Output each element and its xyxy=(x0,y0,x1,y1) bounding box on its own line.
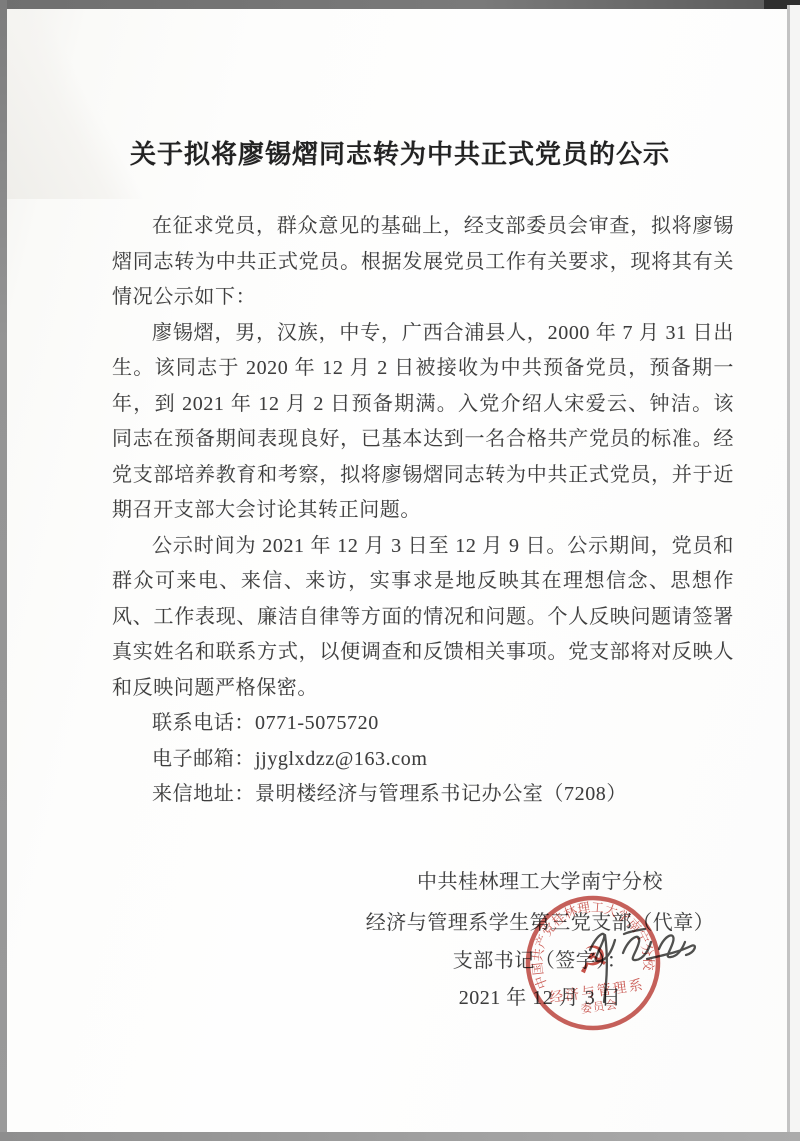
contact-email-line: 电子邮箱：jjyglxdzz@163.com xyxy=(112,742,734,778)
contact-address-line: 来信地址：景明楼经济与管理系书记办公室（7208） xyxy=(112,777,734,813)
scan-edge-bottom xyxy=(0,1132,800,1141)
contact-phone-label: 联系电话： xyxy=(152,712,255,734)
contact-address-label: 来信地址： xyxy=(152,783,255,805)
handwritten-signature xyxy=(578,918,708,1010)
scanned-document-page: 关于拟将廖锡熠同志转为中共正式党员的公示 在征求党员，群众意见的基础上，经支部委… xyxy=(0,0,800,1141)
contact-address-value: 景明楼经济与管理系书记办公室（7208） xyxy=(255,783,627,805)
paragraph-member-info: 廖锡熠，男，汉族，中专，广西合浦县人，2000 年 7 月 31 日出生。该同志… xyxy=(112,316,734,529)
handwritten-signature-strokes xyxy=(578,918,708,1010)
scan-edge-top xyxy=(0,0,800,9)
document-body: 在征求党员，群众意见的基础上，经支部委员会审查，拟将廖锡熠同志转为中共正式党员。… xyxy=(112,209,734,813)
scan-edge-right-margin xyxy=(790,5,800,1141)
contact-email-label: 电子邮箱： xyxy=(152,748,255,770)
paragraph-publicity-period: 公示时间为 2021 年 12 月 3 日至 12 月 9 日。公示期间，党员和… xyxy=(112,529,734,707)
contact-email-value: jjyglxdzz@163.com xyxy=(255,748,427,770)
contact-phone-line: 联系电话：0771-5075720 xyxy=(112,706,734,742)
paragraph-intro: 在征求党员，群众意见的基础上，经支部委员会审查，拟将廖锡熠同志转为中共正式党员。… xyxy=(112,209,734,316)
contact-phone-value: 0771-5075720 xyxy=(255,712,379,734)
document-title: 关于拟将廖锡熠同志转为中共正式党员的公示 xyxy=(0,134,800,171)
org-name-line1: 中共桂林理工大学南宁分校 xyxy=(320,868,760,896)
scan-edge-left xyxy=(0,0,7,1141)
